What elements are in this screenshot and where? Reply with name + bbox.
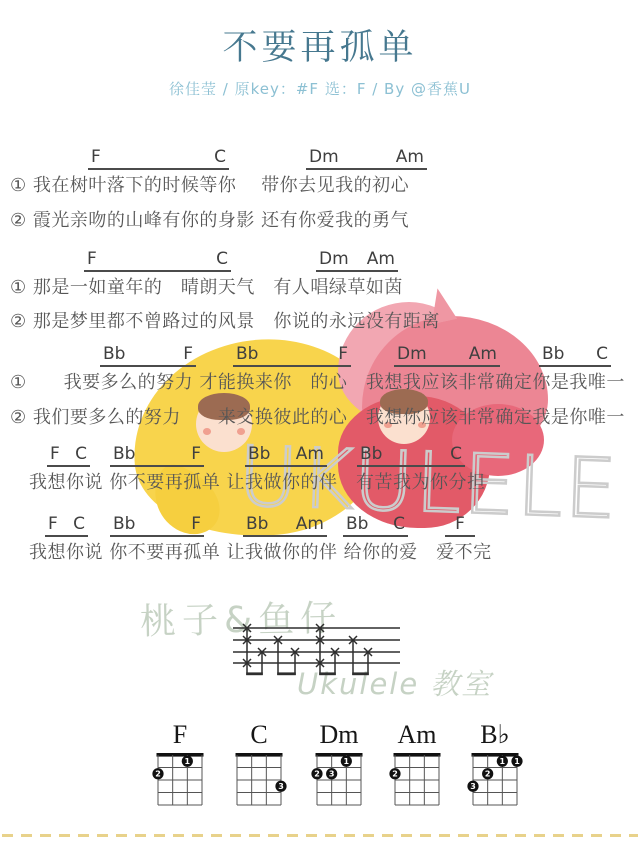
song-subtitle: 徐佳莹 / 原key：#F 选：F / By @香蕉U [0,78,640,99]
chord-line: F C Dm Am [0,146,640,172]
chord: Bb [346,514,368,534]
fretboard-grid: 2 [387,750,447,810]
chord-segment: Dm Am [306,146,427,170]
picking-pattern-tab [225,612,410,690]
svg-text:3: 3 [470,782,476,791]
lyric-line: ② 霞光亲吻的山峰有你的身影 还有你爱我的勇气 [10,209,409,233]
chord-segment: F [445,513,475,537]
chord: Am [469,344,497,364]
chord-segment: Bb C [343,513,408,537]
fretboard-grid: 3 [229,750,289,810]
chord-diagram-label: C [229,720,289,750]
chord: C [75,444,87,464]
chord: Bb [248,444,270,464]
chord: Am [367,249,395,269]
chord-diagram-C: C 3 [229,720,289,810]
chord-line: F C Bb F Bb Am Bb C F [0,513,640,539]
song-title: 不要再孤单 [0,20,640,70]
chord: F [191,514,201,534]
chord: C [450,444,462,464]
chord-segment: Bb Am [243,513,327,537]
chord-segment: F C [45,513,88,537]
chord: F [91,147,101,167]
chord: Dm [319,249,349,269]
chord: Bb [113,444,135,464]
svg-text:1: 1 [514,757,520,766]
song-sheet: UKULELE 桃子&鱼仔 Ukulele 教室 不要再孤单 徐佳莹 / 原ke… [0,0,640,841]
chord-diagram-Am: Am 2 [387,720,447,810]
chord-segment: F C [47,443,90,467]
chord: C [216,249,228,269]
chord-line: F C Dm Am [0,248,640,274]
chord-segment: Bb F [100,343,196,367]
chord-segment: Bb Am [245,443,327,467]
chord: C [393,514,405,534]
chord: Bb [103,344,125,364]
chord-segment: Bb F [110,443,204,467]
chord-segment: Dm Am [316,248,398,272]
chord: F [183,344,193,364]
chord: F [87,249,97,269]
svg-text:2: 2 [485,770,491,779]
chord: Am [296,444,324,464]
chord-segment: Dm Am [394,343,500,367]
lyric-line: ① 我在树叶落下的时候等你 带你去见我的初心 [10,174,409,198]
chord-diagram-Bb: B♭ 1123 [465,720,525,810]
chord: C [214,147,226,167]
lyric-line: ② 我们要多么的努力 来交换彼此的心 我想你应该非常确定我是你唯一 [10,406,625,430]
chord-segment: Bb C [357,443,465,467]
svg-text:3: 3 [329,770,335,779]
chord: Bb [113,514,135,534]
chord: F [48,514,58,534]
lyric-line: ② 那是梦里都不曾路过的风景 你说的永远没有距离 [10,310,440,334]
svg-text:2: 2 [155,770,161,779]
chord: Am [396,147,424,167]
chord-segment: F C [84,248,231,272]
page-border-bottom [2,834,638,837]
chord: F [455,514,465,534]
svg-text:3: 3 [278,782,284,791]
chord-segment: F C [88,146,229,170]
lyric-line: ① 那是一如童年的 晴朗天气 有人唱绿草如茵 [10,276,403,300]
chord: Dm [397,344,427,364]
svg-text:1: 1 [185,757,191,766]
chord-diagram-F: F 12 [150,720,210,810]
fretboard-grid: 1123 [465,750,525,810]
lyric-line: ① 我要多么的努力 才能换来你 的心 我想我应该非常确定你是我唯一 [10,371,625,395]
chord-diagram-label: Am [387,720,447,750]
chord-line: F C Bb F Bb Am Bb C [0,443,640,469]
lyric-line: 我想你说 你不要再孤单 让我做你的伴 给你的爱 爱不完 [29,541,492,565]
chord: Bb [236,344,258,364]
lyric-line: 我想你说 你不要再孤单 让我做你的伴 有苦我为你分担 [29,471,485,495]
chord: F [50,444,60,464]
chord: F [191,444,201,464]
chord-diagram-label: Dm [309,720,369,750]
fretboard-grid: 12 [150,750,210,810]
svg-text:1: 1 [344,757,350,766]
chord-segment: Bb C [539,343,611,367]
chord: Bb [246,514,268,534]
svg-text:2: 2 [314,770,320,779]
chord-diagram-Dm: Dm 123 [309,720,369,810]
chord: Dm [309,147,339,167]
chord: F [338,344,348,364]
chord-line: Bb F Bb F Dm Am Bb C [0,343,640,369]
fretboard-grid: 123 [309,750,369,810]
chord-segment: Bb F [233,343,351,367]
svg-text:1: 1 [500,757,506,766]
chord: Bb [360,444,382,464]
svg-text:2: 2 [392,770,398,779]
chord: Am [296,514,324,534]
chord-segment: Bb F [110,513,204,537]
chord: C [73,514,85,534]
chord-diagram-label: B♭ [465,720,525,750]
chord: Bb [542,344,564,364]
chord-diagram-label: F [150,720,210,750]
sheet-content: 不要再孤单 徐佳莹 / 原key：#F 选：F / By @香蕉U F C Dm… [0,0,640,841]
tab-staff [225,612,410,690]
chord: C [596,344,608,364]
